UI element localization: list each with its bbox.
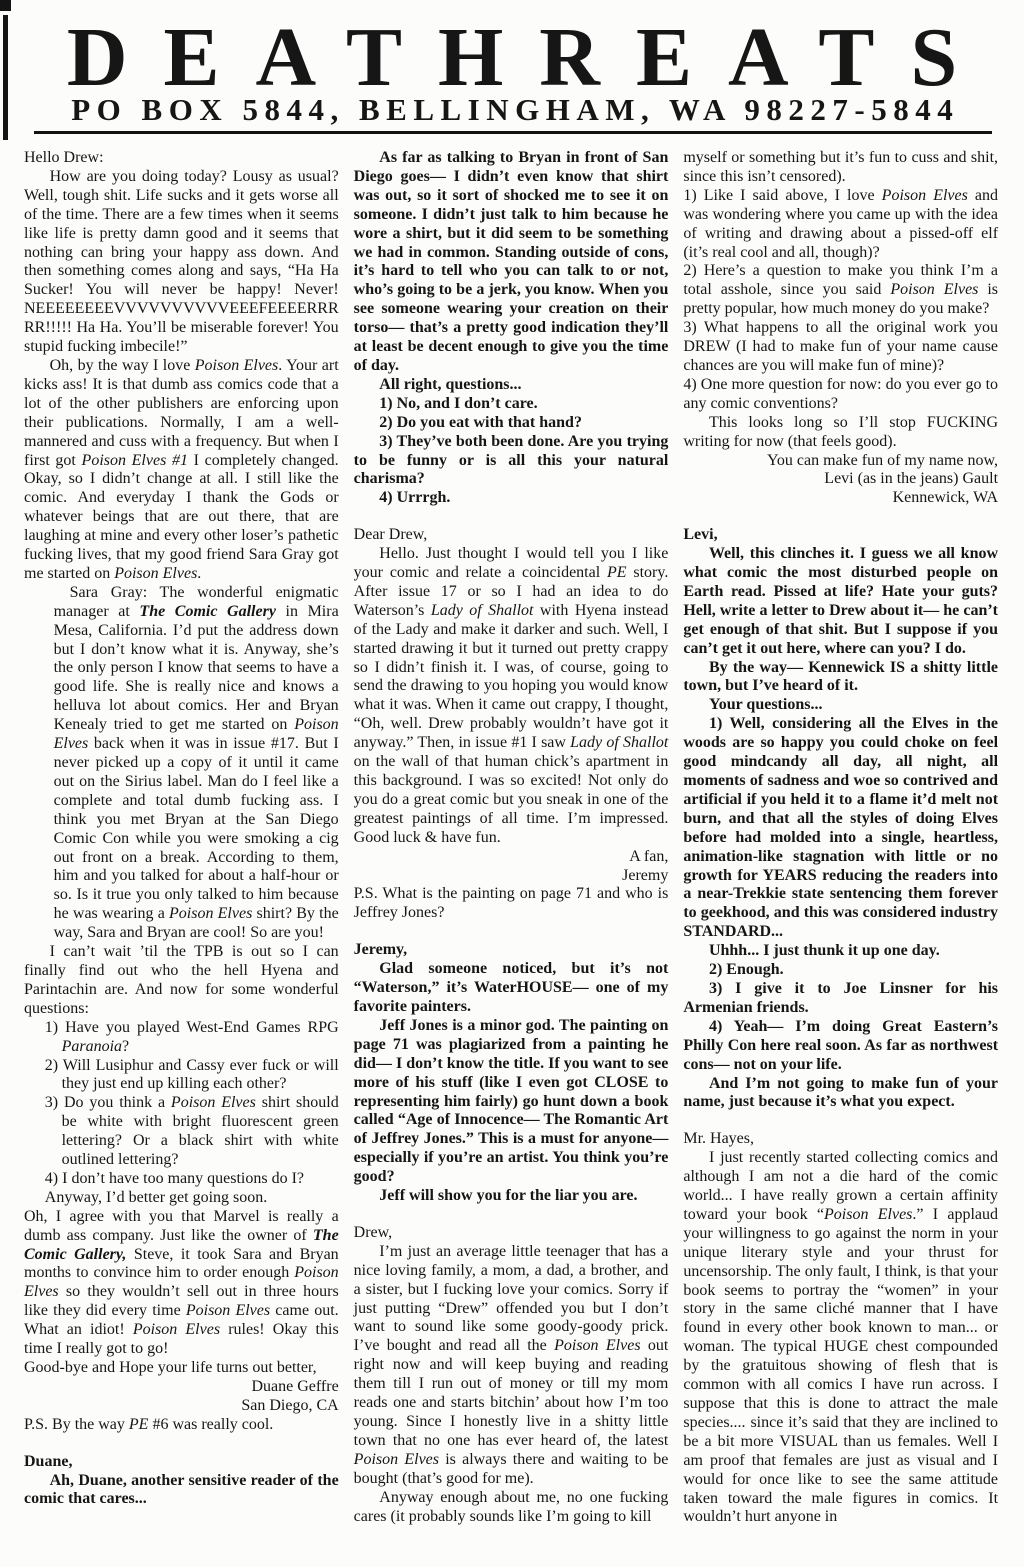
editor-response-paragraph: 2) Enough. — [683, 961, 998, 980]
letter-paragraph: 4) I don’t have too many questions do I? — [62, 1170, 339, 1189]
po-box-address: PO BOX 5844, BELLINGHAM, WA 98227-5844 — [0, 92, 1024, 128]
letter-paragraph: Duane Geffre — [24, 1378, 339, 1397]
editor-response-paragraph: Jeff will show you for the liar you are. — [354, 1187, 669, 1206]
editor-response-paragraph: Jeff Jones is a minor god. The painting … — [354, 1017, 669, 1187]
letter-paragraph: San Diego, CA — [24, 1397, 339, 1416]
letter-column-2: As far as talking to Bryan in front of S… — [354, 149, 669, 1527]
letter-paragraph: 1) Have you played West-End Games RPG Pa… — [62, 1019, 339, 1057]
editor-response-paragraph: Ah, Duane, another sensitive reader of t… — [24, 1472, 339, 1510]
page-header: DEATHREATS PO BOX 5844, BELLINGHAM, WA 9… — [0, 0, 1024, 134]
editor-response-paragraph: 2) Do you eat with that hand? — [354, 414, 669, 433]
letter-paragraph: Jeremy — [354, 867, 669, 886]
letter-paragraph: Levi (as in the jeans) Gault — [683, 470, 998, 489]
letter-paragraph: How are you doing today? Lousy as usual?… — [24, 168, 339, 357]
letter-paragraph: Anyway enough about me, no one fucking c… — [354, 1489, 669, 1527]
letters-page: DEATHREATS PO BOX 5844, BELLINGHAM, WA 9… — [0, 0, 1024, 1567]
letter-column-3: myself or something but it’s fun to cuss… — [683, 149, 998, 1527]
letter-paragraph: P.S. What is the painting on page 71 and… — [354, 885, 669, 923]
letter-paragraph: A fan, — [354, 848, 669, 867]
page-title: DEATHREATS — [0, 16, 1024, 100]
letter-paragraph: 2) Here’s a question to make you think I… — [683, 262, 998, 319]
letter-paragraph: 3) Do you think a Poison Elves shirt sho… — [62, 1094, 339, 1170]
editor-response-paragraph: Jeremy, — [354, 941, 669, 960]
letter-paragraph: Drew, — [354, 1224, 669, 1243]
editor-response-paragraph: Glad someone noticed, but it’s not “Wate… — [354, 960, 669, 1017]
editor-response-paragraph: Uhhh... I just thunk it up one day. — [683, 942, 998, 961]
editor-response-paragraph: 4) Yeah— I’m doing Great Eastern’s Phill… — [683, 1018, 998, 1075]
letter-paragraph: Good-bye and Hope your life turns out be… — [24, 1359, 339, 1378]
letter-paragraph: myself or something but it’s fun to cuss… — [683, 149, 998, 187]
letter-paragraph: P.S. By the way PE #6 was really cool. — [24, 1416, 339, 1435]
editor-response-paragraph: 1) No, and I don’t care. — [354, 395, 669, 414]
editor-response-paragraph: Well, this clinches it. I guess we all k… — [683, 545, 998, 658]
editor-response-paragraph: 4) Urrrgh. — [354, 489, 669, 508]
letter-column-1: Hello Drew:How are you doing today? Lous… — [24, 149, 339, 1527]
letter-paragraph: You can make fun of my name now, — [683, 452, 998, 471]
scan-corner-mark — [0, 0, 11, 11]
editor-response-paragraph: As far as talking to Bryan in front of S… — [354, 149, 669, 376]
letter-paragraph: This looks long so I’ll stop FUCKING wri… — [683, 414, 998, 452]
letter-paragraph: I’m just an average little teenager that… — [354, 1243, 669, 1489]
editor-response-paragraph: 3) I give it to Joe Linsner for his Arme… — [683, 980, 998, 1018]
header-rule — [34, 131, 992, 134]
editor-response-paragraph: By the way— Kennewick IS a shitty little… — [683, 659, 998, 697]
editor-response-paragraph: 1) Well, considering all the Elves in th… — [683, 715, 998, 942]
editor-response-paragraph: Levi, — [683, 526, 998, 545]
letter-paragraph: 1) Like I said above, I love Poison Elve… — [683, 187, 998, 263]
letter-paragraph: Hello. Just thought I would tell you I l… — [354, 545, 669, 848]
letter-columns: Hello Drew:How are you doing today? Lous… — [24, 149, 998, 1527]
letter-paragraph: Anyway, I’d better get going soon. — [62, 1189, 339, 1208]
editor-response-paragraph: Your questions... — [683, 696, 998, 715]
letter-paragraph: Dear Drew, — [354, 526, 669, 545]
editor-response-paragraph: Duane, — [24, 1453, 339, 1472]
letter-paragraph: Oh, I agree with you that Marvel is real… — [24, 1208, 339, 1359]
letter-paragraph: I just recently started collecting comic… — [683, 1149, 998, 1527]
editor-response-paragraph: 3) They’ve both been done. Are you tryin… — [354, 433, 669, 490]
editor-response-paragraph: All right, questions... — [354, 376, 669, 395]
letter-paragraph: Oh, by the way I love Poison Elves. Your… — [24, 357, 339, 584]
letter-paragraph: 3) What happens to all the original work… — [683, 319, 998, 376]
editor-response-paragraph: And I’m not going to make fun of your na… — [683, 1075, 998, 1113]
letter-paragraph: Sara Gray: The wonderful enigmatic manag… — [54, 584, 339, 943]
scan-edge-line — [3, 15, 8, 140]
letter-paragraph: Mr. Hayes, — [683, 1130, 998, 1149]
letter-paragraph: Kennewick, WA — [683, 489, 998, 508]
letter-paragraph: Hello Drew: — [24, 149, 339, 168]
letter-paragraph: 2) Will Lusiphur and Cassy ever fuck or … — [62, 1057, 339, 1095]
letter-paragraph: I can’t wait ’til the TPB is out so I ca… — [24, 943, 339, 1019]
letter-paragraph: 4) One more question for now: do you eve… — [683, 376, 998, 414]
